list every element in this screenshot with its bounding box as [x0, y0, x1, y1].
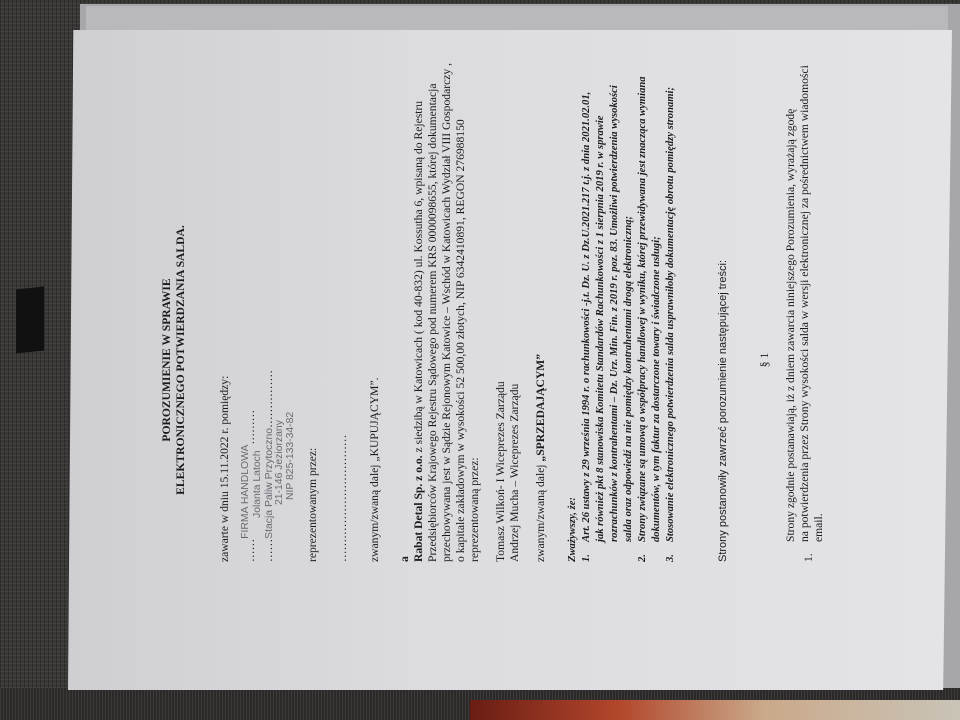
- whereas-1-line3: rozrachunków z kontrahentami – Dz. Urz. …: [608, 85, 622, 542]
- document-title-line2: ELEKTRONICZNEGO POTWIERDZANIA SALDA.: [174, 30, 188, 690]
- buyer-represented-label: reprezentowanym przez:: [306, 448, 320, 562]
- whereas-1-num: 1.: [580, 554, 594, 562]
- section-1-line1: Strony zgodnie postanawiają, iż z dniem …: [784, 109, 798, 542]
- conjunction: a: [398, 556, 412, 562]
- section-1-line3: email.: [812, 513, 826, 542]
- stamp-address: 21-146 Jeziorzany: [274, 420, 286, 505]
- stamp-firm: FIRMA HANDLOWA: [240, 445, 251, 539]
- seller-alias-name: „SPRZEDAJĄCYM”: [534, 354, 547, 462]
- whereas-2-num: 2.: [636, 554, 650, 562]
- whereas-2-line2: dokumentów, w tym faktur za dostarczone …: [650, 236, 664, 542]
- whereas-3-line1: Stosowanie elektronicznego potwierdzenia…: [664, 87, 678, 542]
- seller-represented-label: reprezentowaną przez:: [468, 457, 482, 562]
- whereas-3-num: 3.: [664, 554, 678, 562]
- seller-name: Rabat Detal Sp. z o.o.: [412, 455, 425, 562]
- dots: ………: [244, 410, 257, 445]
- seller-line3: przechowywana jest w Sądzie Rejonowym Ka…: [440, 63, 454, 562]
- section-1-item-num: 1.: [802, 553, 816, 562]
- seller-rep2: Andrzej Mucha – Wiceprezes Zarządu: [508, 384, 522, 562]
- seller-line1: Rabat Detal Sp. z o.o. z siedzibą w Kato…: [412, 101, 426, 562]
- document-page: POROZUMIENIE W SPRAWIE ELEKTRONICZNEGO P…: [68, 30, 952, 690]
- section-1-line2: na potwierdzenia przez Strony wysokości …: [798, 65, 812, 542]
- parties-decided: Strony postanowiły zawrzeć porozumienie …: [716, 260, 730, 562]
- whereas-heading: Zważywszy, że:: [566, 497, 580, 562]
- whereas-1-line2: jak również pkt 8 stanowiska Komitetu St…: [594, 116, 608, 543]
- seller-alias-prefix: zwanym/zwaną dalej: [534, 462, 547, 562]
- seller-line2: Przedsiębiorców Krajowego Rejestru Sądow…: [426, 84, 440, 562]
- document-title-line1: POROZUMIENIE W SPRAWIE: [160, 30, 174, 690]
- section-1-heading: § 1: [758, 30, 772, 690]
- whereas-1-line4: salda oraz odpowiedź na nie pomiędzy kon…: [622, 216, 636, 542]
- buyer-alias: zwanym/zwaną dalej „KUPUJĄCYM”.: [368, 378, 382, 563]
- buyer-represented-dots: ……………………………: [336, 434, 350, 562]
- dots: ……: [262, 539, 275, 562]
- whereas-1-line1: Art. 26 ustawy z 29 września 1994 r. o r…: [580, 92, 594, 542]
- seller-rep1: Tomasz Wilkoń- I Wiceprezes Zarządu: [494, 381, 508, 562]
- black-binder-tab: [16, 287, 44, 354]
- seller-address: z siedzibą w Katowicach ( kod 40-832) ul…: [412, 101, 425, 456]
- seller-line4: o kapitale zakładowym w wysokości 52 500…: [454, 119, 468, 562]
- document-viewport: POROZUMIENIE W SPRAWIE ELEKTRONICZNEGO P…: [68, 30, 952, 690]
- agreement-date: zawarte w dniu 15.11.2022 r. pomiędzy:: [218, 376, 232, 562]
- red-folder-edge: [470, 700, 960, 720]
- stamp-nip: NIP 825-133-34-82: [285, 412, 297, 500]
- whereas-2-line1: Strony związane są umową o współpracy ha…: [636, 76, 650, 542]
- dots: ……: [244, 539, 257, 562]
- seller-alias: zwanym/zwaną dalej „SPRZEDAJĄCYM”: [534, 354, 548, 562]
